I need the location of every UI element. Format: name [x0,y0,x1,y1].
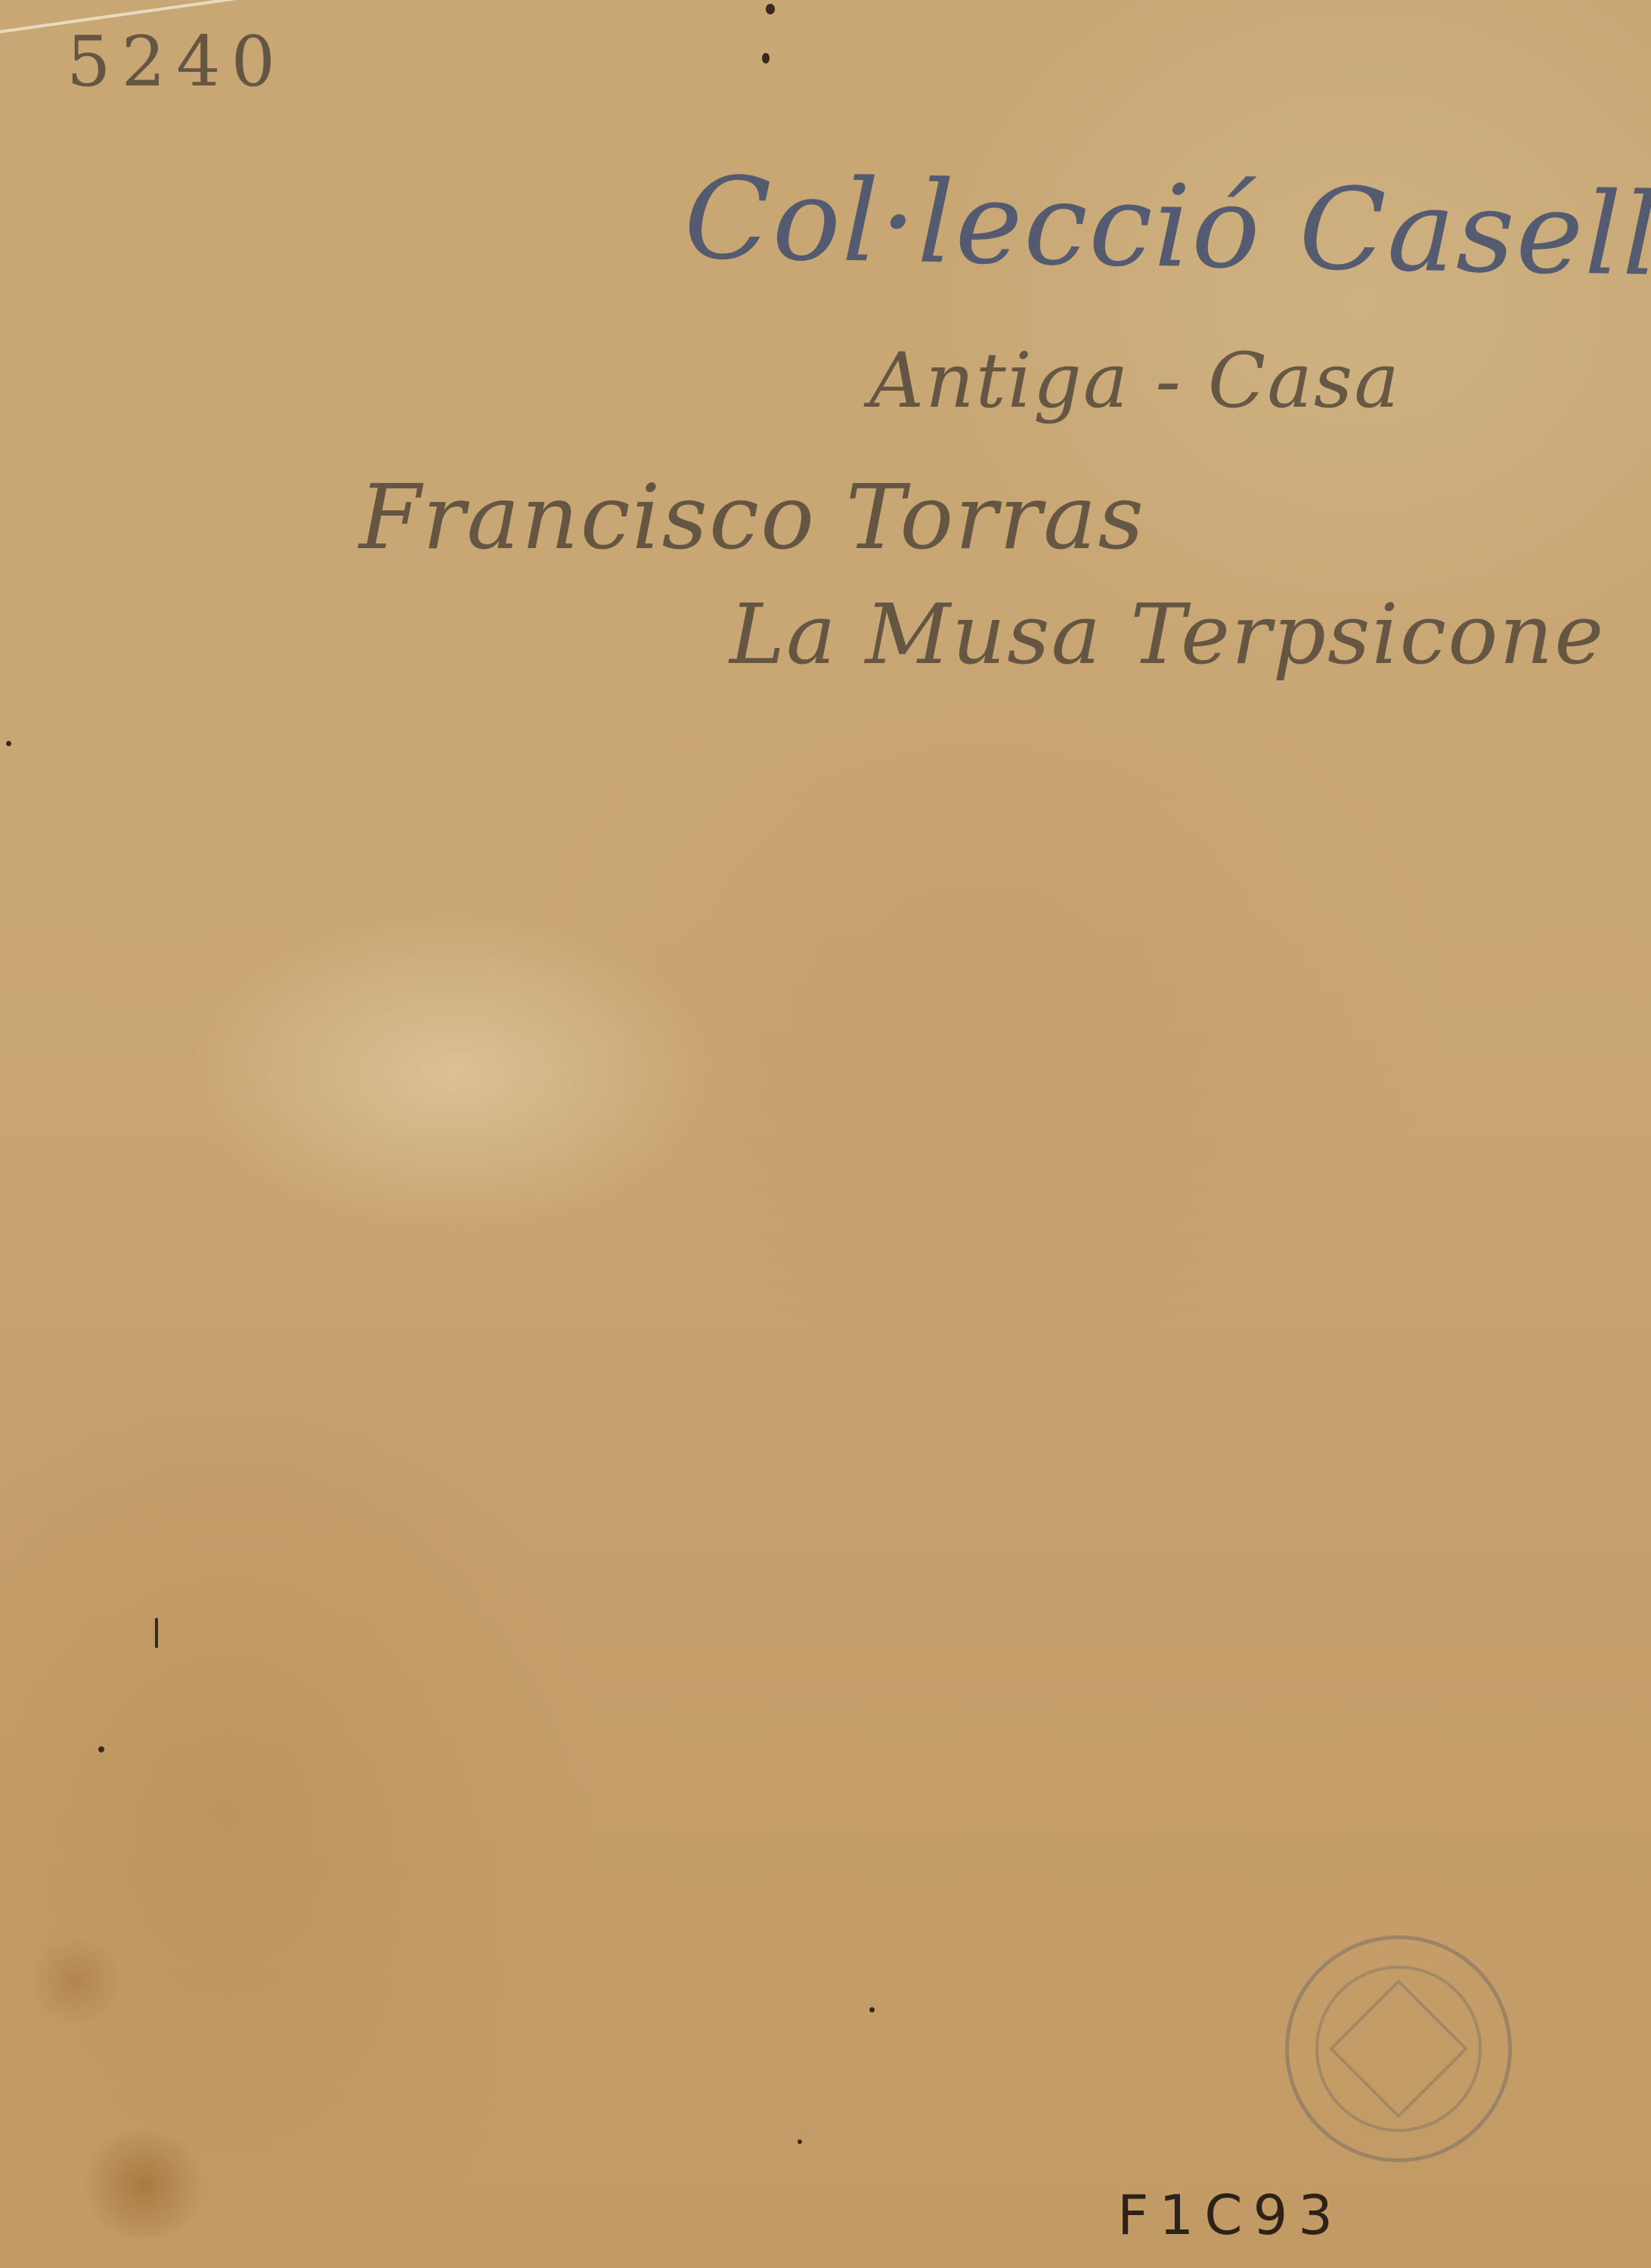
author-name: Francisco Torras [359,465,1145,569]
inventory-number: 5240 [67,21,286,102]
collection-subline: Antiga - Casa [869,336,1401,425]
collection-line: Col·lecció Casellas [683,153,1651,303]
artwork-title: La Musa Terpsicone [729,586,1605,683]
stain-spot [76,2132,212,2238]
speck [98,1746,104,1752]
archive-stamp [1285,1935,1512,2162]
photo-card-verso: 5240 Col·lecció Casellas Antiga - Casa F… [0,0,1651,2268]
speck [155,1618,158,1648]
pin-hole [766,4,775,14]
speck [6,741,11,746]
pin-hole [762,53,770,64]
speck [869,2007,875,2012]
stain-spot [30,1935,121,2026]
call-number: F1C93 [1117,2183,1343,2247]
speck [798,2139,802,2144]
